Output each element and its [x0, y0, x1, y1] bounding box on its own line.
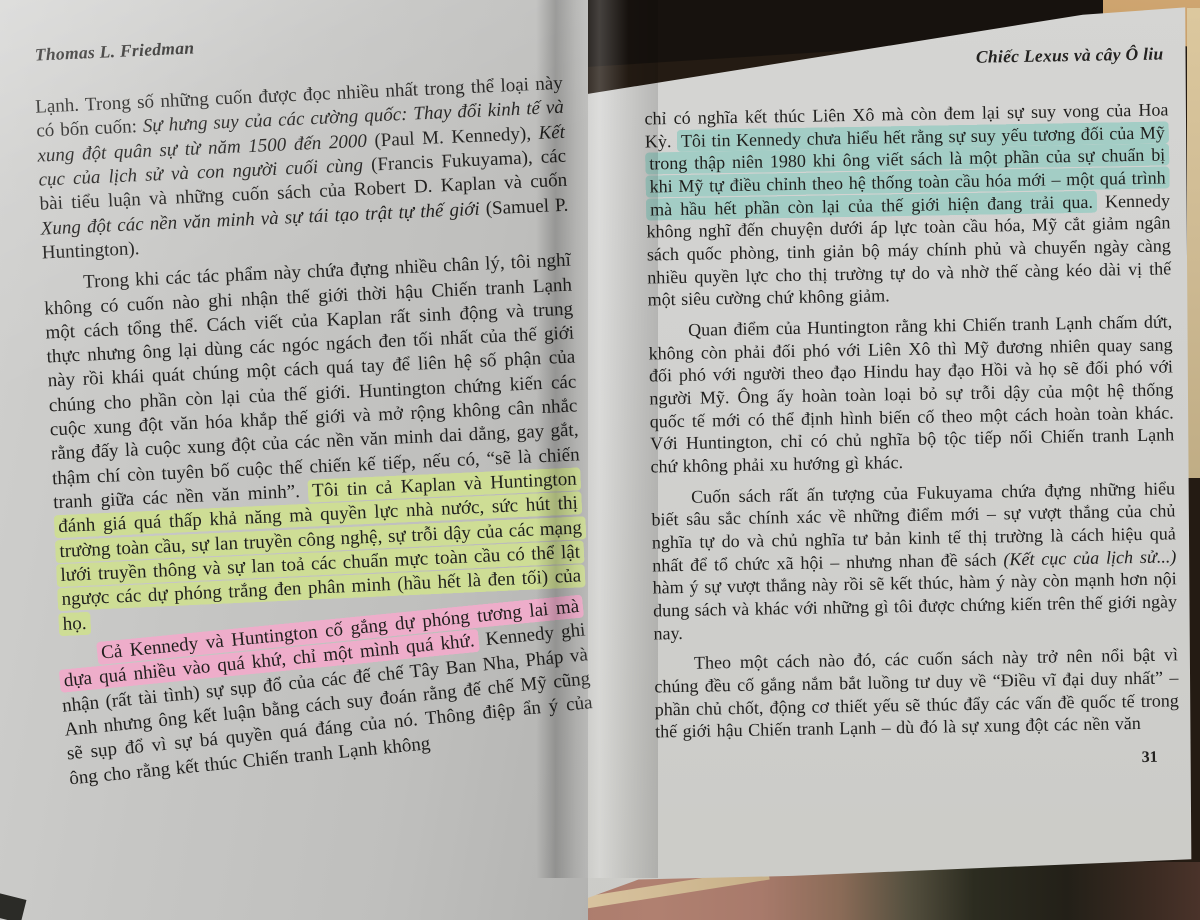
right-page: Chiếc Lexus và cây Ô liu chỉ có nghĩa kế…	[583, 0, 1200, 920]
left-page-content: Thomas L. Friedman Lạnh. Trong số những …	[32, 17, 594, 797]
text-segment: Theo một cách nào đó, các cuốn sách này …	[654, 645, 1179, 742]
text-segment: hàm ý sự vượt thắng này rồi sẽ kết thúc,…	[653, 569, 1178, 643]
left-page: Thomas L. Friedman Lạnh. Trong số những …	[0, 0, 588, 920]
page-block-edge-right	[1187, 8, 1200, 478]
right-page-content: Chiếc Lexus và cây Ô liu chỉ có nghĩa kế…	[643, 25, 1180, 775]
right-paragraph-1: chỉ có nghĩa kết thúc Liên Xô mà còn đem…	[644, 98, 1171, 311]
right-paragraph-3: Cuốn sách rất ấn tượng của Fukuyama chứa…	[651, 477, 1178, 645]
left-paragraph-2: Trong khi các tác phẩm này chứa đựng nhi…	[43, 249, 587, 637]
text-segment: (Kết cục của lịch sử...)	[1003, 546, 1176, 569]
right-paragraph-2: Quan điểm của Huntington rằng khi Chiến …	[648, 310, 1175, 478]
left-paragraph-1: Lạnh. Trong số những cuốn được đọc nhiều…	[35, 72, 570, 266]
text-segment: Quan điểm của Huntington rằng khi Chiến …	[648, 311, 1174, 476]
text-segment: Tôi tin Kennedy chưa hiểu hết rằng sự su…	[645, 121, 1170, 220]
book-photo-scene: Chiếc Lexus và cây Ô liu chỉ có nghĩa kế…	[0, 0, 1200, 920]
right-paragraph-4: Theo một cách nào đó, các cuốn sách này …	[654, 644, 1180, 744]
page-number: 31	[656, 749, 1158, 776]
left-running-header: Thomas L. Friedman	[34, 21, 560, 66]
